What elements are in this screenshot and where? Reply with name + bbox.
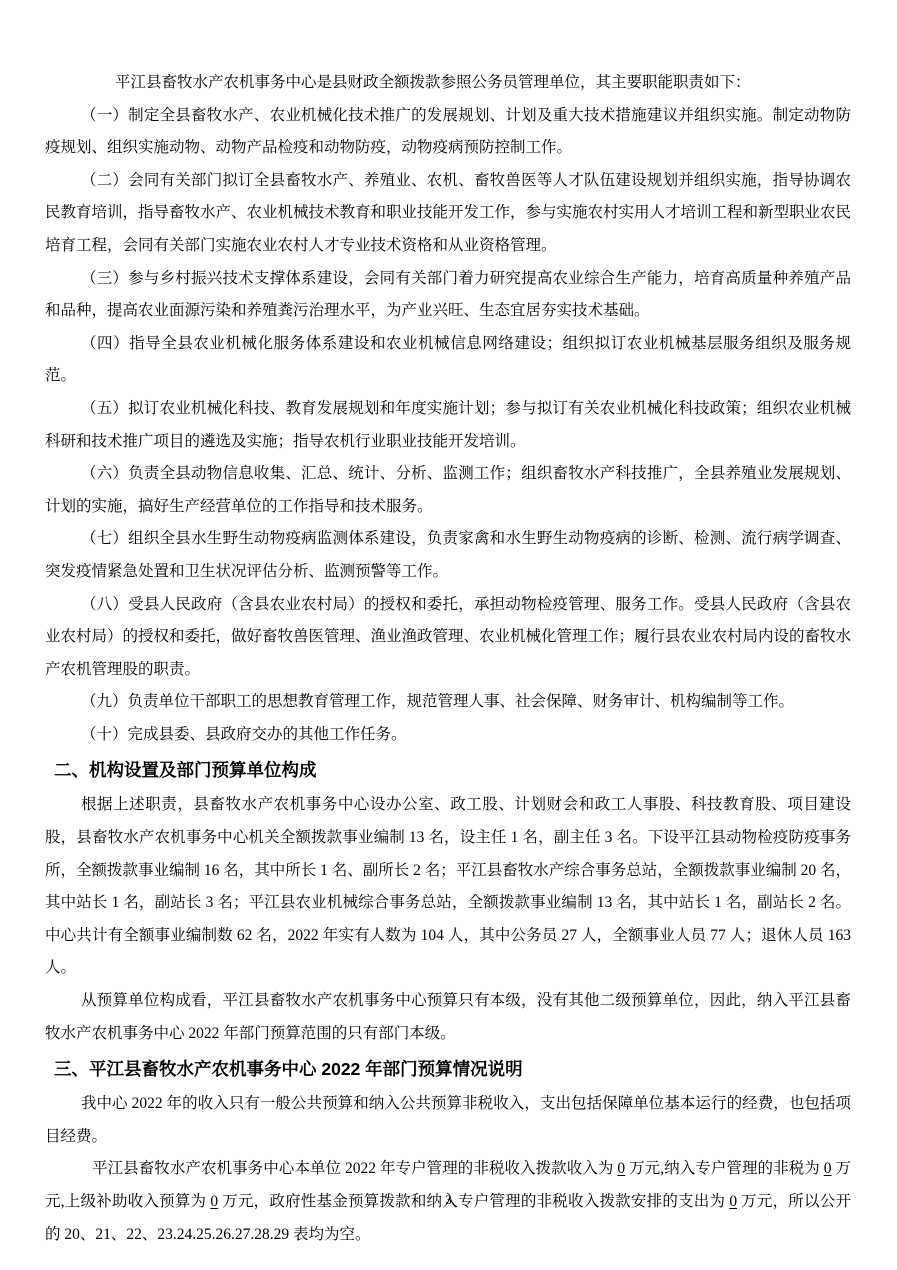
organization-paragraph: 根据上述职责，县畜牧水产农机事务中心设办公室、政工股、计划财会和政工人事股、科技… — [45, 789, 851, 985]
section-heading-2: 二、机构设置及部门预算单位构成 — [45, 752, 851, 788]
text-run: 万元,纳入专户管理的非税为 — [625, 1160, 824, 1177]
text-run: （二）会同有关部门拟订全县畜牧水产、养殖业、农机、畜牧兽医等人才队伍建设规划并组… — [45, 172, 851, 254]
text-run: 平江县畜牧水产农机事务中心本单位 2022 年专户管理的非税收入拨款收入为 — [92, 1160, 617, 1177]
duty-item-4: （四）指导全县农业机械化服务体系建设和农业机械信息网络建设；组织拟订农业机械基层… — [45, 328, 851, 393]
text-run: 二、机构设置及部门预算单位构成 — [54, 760, 317, 780]
duty-item-7: （七）组织全县水生野生动物疫病监测体系建设，负责家禽和水生野生动物疫病的诊断、检… — [45, 523, 851, 588]
text-run: （十）完成县委、县政府交办的其他工作任务。 — [81, 726, 407, 743]
income-paragraph: 我中心 2022 年的收入只有一般公共预算和纳入公共预算非税收入，支出包括保障单… — [45, 1088, 851, 1153]
section-heading-3: 三、平江县畜牧水产农机事务中心 2022 年部门预算情况说明 — [45, 1051, 851, 1087]
document-page: 平江县畜牧水产农机事务中心是县财政全额拨款参照公务员管理单位，其主要职能职责如下… — [0, 0, 897, 1270]
duty-item-1: （一）制定全县畜牧水产、农业机械化技术推广的发展规划、计划及重大技术措施建议并组… — [45, 100, 851, 165]
page-number: 3 — [0, 1192, 897, 1208]
text-run: （四）指导全县农业机械化服务体系建设和农业机械信息网络建设；组织拟订农业机械基层… — [45, 335, 851, 385]
text-run: 三、平江县畜牧水产农机事务中心 2022 年部门预算情况说明 — [54, 1059, 523, 1079]
text-run: 根据上述职责，县畜牧水产农机事务中心设办公室、政工股、计划财会和政工人事股、科技… — [45, 796, 851, 976]
duty-item-6: （六）负责全县动物信息收集、汇总、统计、分析、监测工作；组织畜牧水产科技推广，全… — [45, 458, 851, 523]
text-run: （一）制定全县畜牧水产、农业机械化技术推广的发展规划、计划及重大技术措施建议并组… — [45, 107, 851, 157]
duty-item-10: （十）完成县委、县政府交办的其他工作任务。 — [45, 719, 851, 752]
text-run: （九）负责单位干部职工的思想教育管理工作，规范管理人事、社会保障、财务审计、机构… — [81, 693, 794, 710]
text-run: （七）组织全县水生野生动物疫病监测体系建设，负责家禽和水生野生动物疫病的诊断、检… — [45, 530, 851, 580]
intro-paragraph: 平江县畜牧水产农机事务中心是县财政全额拨款参照公务员管理单位，其主要职能职责如下… — [45, 67, 851, 100]
document-body: 平江县畜牧水产农机事务中心是县财政全额拨款参照公务员管理单位，其主要职能职责如下… — [45, 67, 851, 1251]
duty-item-5: （五）拟订农业机械化科技、教育发展规划和年度实施计划；参与拟订有关农业机械化科技… — [45, 393, 851, 458]
text-run: 我中心 2022 年的收入只有一般公共预算和纳入公共预算非税收入，支出包括保障单… — [45, 1095, 851, 1145]
underlined-value: 0 — [824, 1160, 832, 1177]
duty-item-8: （八）受县人民政府（含县农业农村局）的授权和委托，承担动物检疫管理、服务工作。受… — [45, 589, 851, 687]
text-run: （五）拟订农业机械化科技、教育发展规划和年度实施计划；参与拟订有关农业机械化科技… — [45, 400, 851, 450]
text-run: 平江县畜牧水产农机事务中心是县财政全额拨款参照公务员管理单位，其主要职能职责如下… — [115, 74, 751, 91]
text-run: 从预算单位构成看，平江县畜牧水产农机事务中心预算只有本级，没有其他二级预算单位，… — [45, 992, 851, 1042]
text-run: （六）负责全县动物信息收集、汇总、统计、分析、监测工作；组织畜牧水产科技推广，全… — [45, 465, 851, 515]
budget-unit-paragraph: 从预算单位构成看，平江县畜牧水产农机事务中心预算只有本级，没有其他二级预算单位，… — [45, 985, 851, 1050]
underlined-value: 0 — [617, 1160, 625, 1177]
duty-item-2: （二）会同有关部门拟订全县畜牧水产、养殖业、农机、畜牧兽医等人才队伍建设规划并组… — [45, 165, 851, 263]
duty-item-9: （九）负责单位干部职工的思想教育管理工作，规范管理人事、社会保障、财务审计、机构… — [45, 686, 851, 719]
text-run: （三）参与乡村振兴技术支撑体系建设，会同有关部门着力研究提高农业综合生产能力，培… — [45, 270, 851, 320]
duty-item-3: （三）参与乡村振兴技术支撑体系建设，会同有关部门着力研究提高农业综合生产能力，培… — [45, 263, 851, 328]
text-run: （八）受县人民政府（含县农业农村局）的授权和委托，承担动物检疫管理、服务工作。受… — [45, 596, 851, 678]
